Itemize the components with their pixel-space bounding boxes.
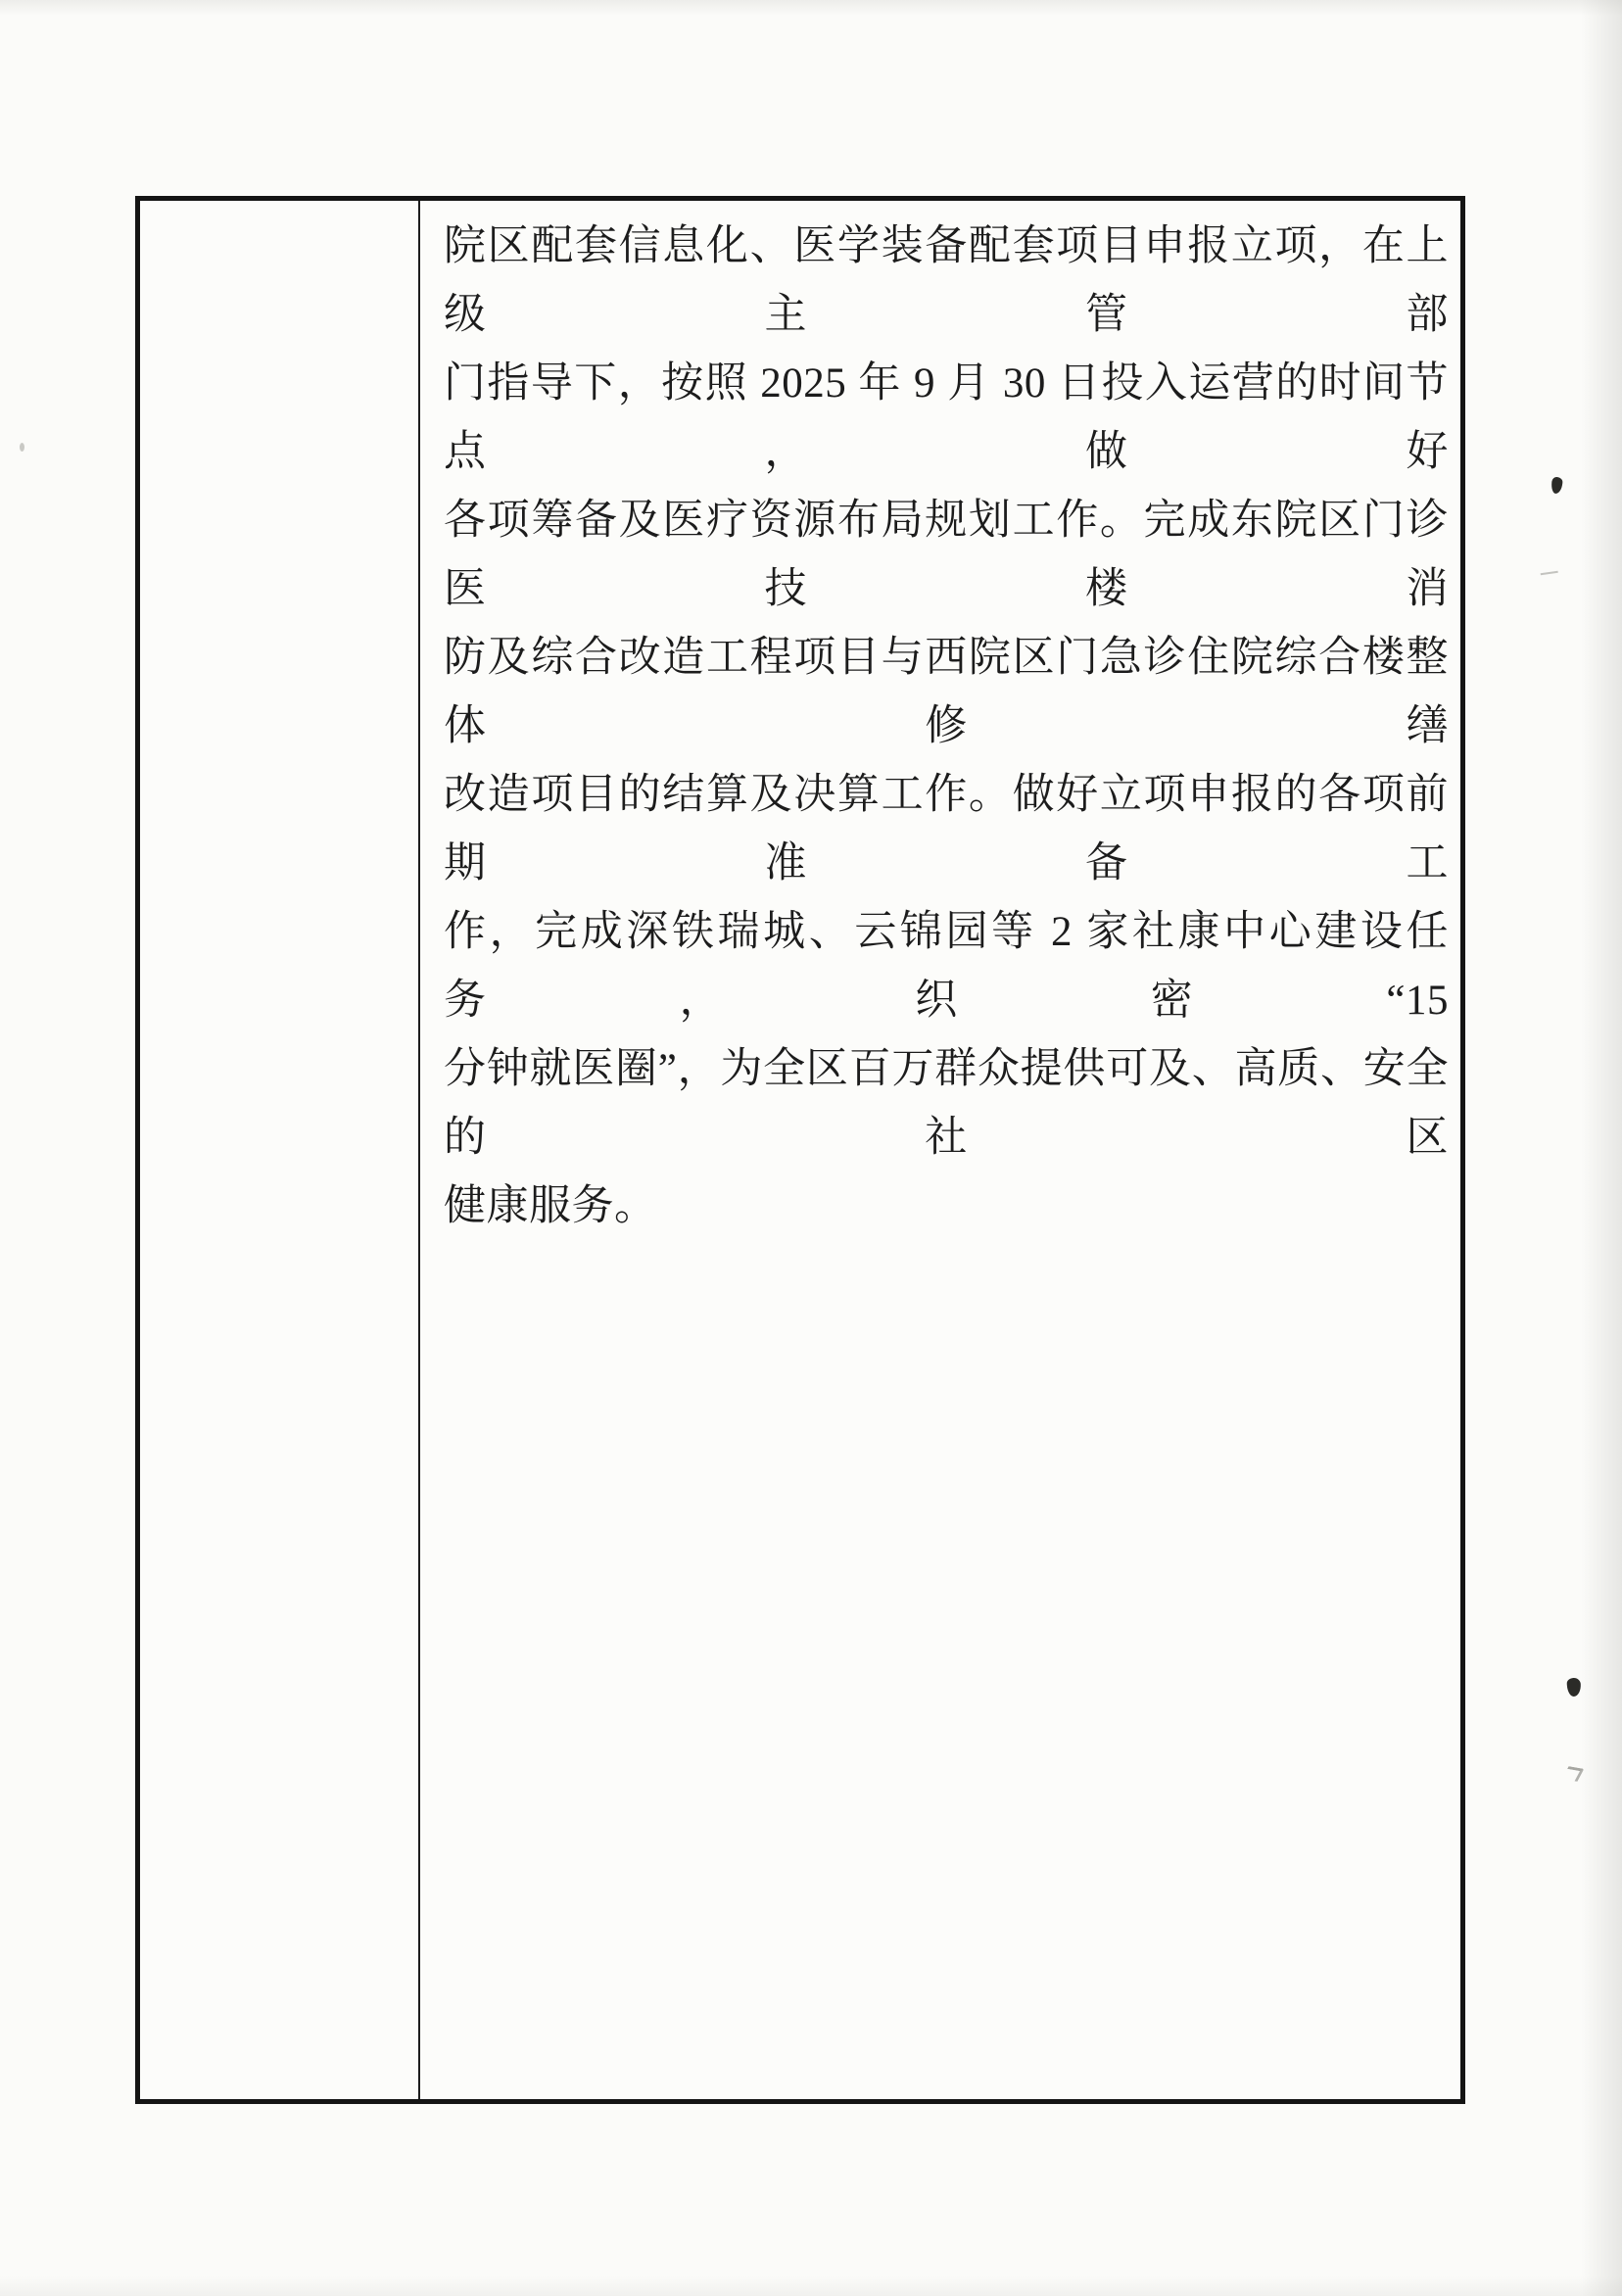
faint-smudge-artifact xyxy=(1562,1766,1585,1782)
paragraph-line: 防及综合改造工程项目与西院区门急诊住院综合楼整体修缮 xyxy=(444,624,1449,761)
faint-smudge-artifact xyxy=(1541,571,1559,579)
paragraph-line: 各项筹备及医疗资源布局规划工作。完成东院区门诊医技楼消 xyxy=(444,487,1449,624)
paragraph-line: 门指导下，按照 2025 年 9 月 30 日投入运营的时间节点，做好 xyxy=(444,350,1449,487)
ink-speck-artifact xyxy=(1550,476,1563,494)
faint-smudge-artifact xyxy=(20,443,24,452)
paragraph-line: 健康服务。 xyxy=(444,1172,1449,1241)
paragraph-line: 院区配套信息化、医学装备配套项目申报立项，在上级主管部 xyxy=(444,213,1449,350)
ink-speck-artifact xyxy=(1566,1678,1581,1698)
scanned-document-page: 院区配套信息化、医学装备配套项目申报立项，在上级主管部 门指导下，按照 2025… xyxy=(0,0,1622,2296)
paragraph-line: 作，完成深铁瑞城、云锦园等 2 家社康中心建设任务，织密“15 xyxy=(444,898,1449,1035)
report-table: 院区配套信息化、医学装备配套项目申报立项，在上级主管部 门指导下，按照 2025… xyxy=(135,196,1465,2104)
table-cell-label xyxy=(140,201,420,2099)
paragraph-line: 分钟就医圈”，为全区百万群众提供可及、高质、安全的社区 xyxy=(444,1035,1449,1172)
table-cell-content: 院区配套信息化、医学装备配套项目申报立项，在上级主管部 门指导下，按照 2025… xyxy=(420,201,1460,2099)
paragraph-line: 改造项目的结算及决算工作。做好立项申报的各项前期准备工 xyxy=(444,761,1449,898)
